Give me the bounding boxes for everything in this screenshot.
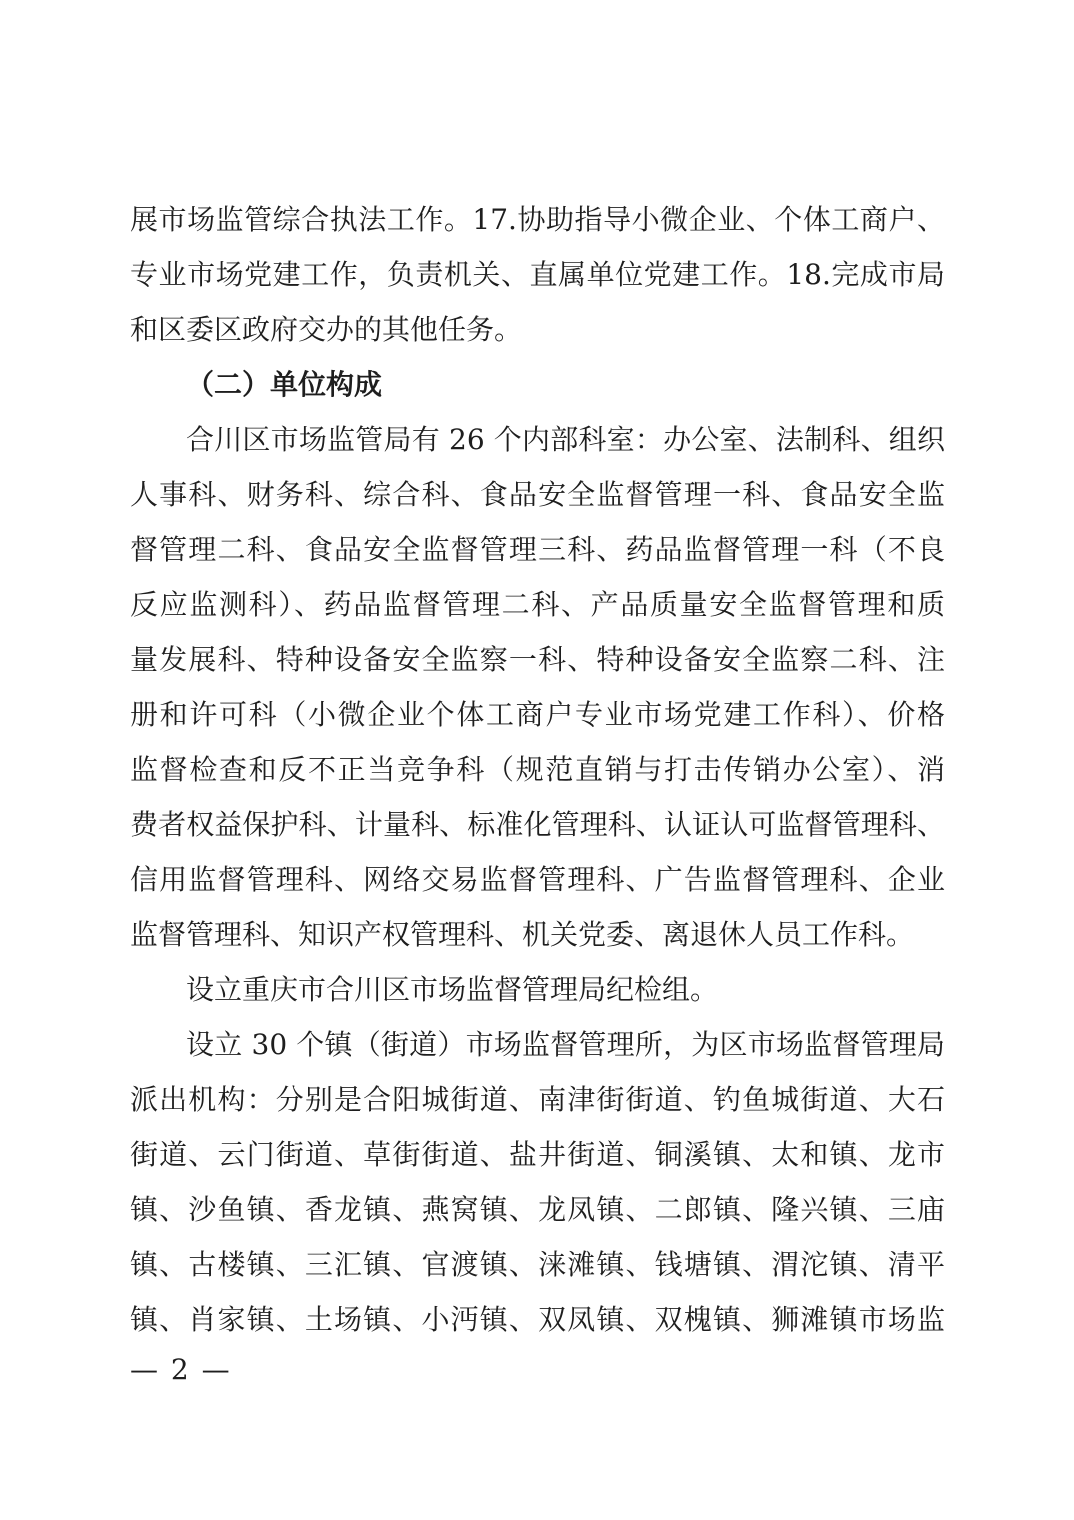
text-line: 督管理二科、食品安全监督管理三科、药品监督管理一科（不良 — [130, 522, 945, 577]
text-line: 镇、沙鱼镇、香龙镇、燕窝镇、龙凤镇、二郎镇、隆兴镇、三庙 — [130, 1182, 945, 1237]
text-line: 册和许可科（小微企业个体工商户专业市场党建工作科）、价格 — [130, 687, 945, 742]
section-heading: （二）单位构成 — [130, 357, 945, 412]
page-number: — 2 — — [130, 1350, 232, 1390]
text-line: 设立 30 个镇（街道）市场监督管理所，为区市场监督管理局 — [130, 1017, 945, 1072]
text-line: 费者权益保护科、计量科、标准化管理科、认证认可监督管理科、 — [130, 797, 945, 852]
text-line: 监督检查和反不正当竞争科（规范直销与打击传销办公室）、消 — [130, 742, 945, 797]
text-line: 派出机构：分别是合阳城街道、南津街街道、钓鱼城街道、大石 — [130, 1072, 945, 1127]
document-page: 展市场监管综合执法工作。17.协助指导小微企业、个体工商户、 专业市场党建工作，… — [0, 0, 1074, 1520]
text-line: 设立重庆市合川区市场监督管理局纪检组。 — [130, 962, 945, 1017]
text-line: 和区委区政府交办的其他任务。 — [130, 302, 945, 357]
text-line: 量发展科、特种设备安全监察一科、特种设备安全监察二科、注 — [130, 632, 945, 687]
text-line: 信用监督管理科、网络交易监督管理科、广告监督管理科、企业 — [130, 852, 945, 907]
text-line: 反应监测科）、药品监督管理二科、产品质量安全监督管理和质 — [130, 577, 945, 632]
text-line: 合川区市场监管局有 26 个内部科室：办公室、法制科、组织 — [130, 412, 945, 467]
text-line: 专业市场党建工作，负责机关、直属单位党建工作。18.完成市局 — [130, 247, 945, 302]
text-line: 人事科、财务科、综合科、食品安全监督管理一科、食品安全监 — [130, 467, 945, 522]
text-line: 展市场监管综合执法工作。17.协助指导小微企业、个体工商户、 — [130, 192, 945, 247]
text-line: 监督管理科、知识产权管理科、机关党委、离退休人员工作科。 — [130, 907, 945, 962]
text-line: 街道、云门街道、草街街道、盐井街道、铜溪镇、太和镇、龙市 — [130, 1127, 945, 1182]
text-line: 镇、肖家镇、土场镇、小沔镇、双凤镇、双槐镇、狮滩镇市场监 — [130, 1292, 945, 1347]
text-line: 镇、古楼镇、三汇镇、官渡镇、涞滩镇、钱塘镇、渭沱镇、清平 — [130, 1237, 945, 1292]
document-text-block: 展市场监管综合执法工作。17.协助指导小微企业、个体工商户、 专业市场党建工作，… — [130, 192, 945, 1347]
